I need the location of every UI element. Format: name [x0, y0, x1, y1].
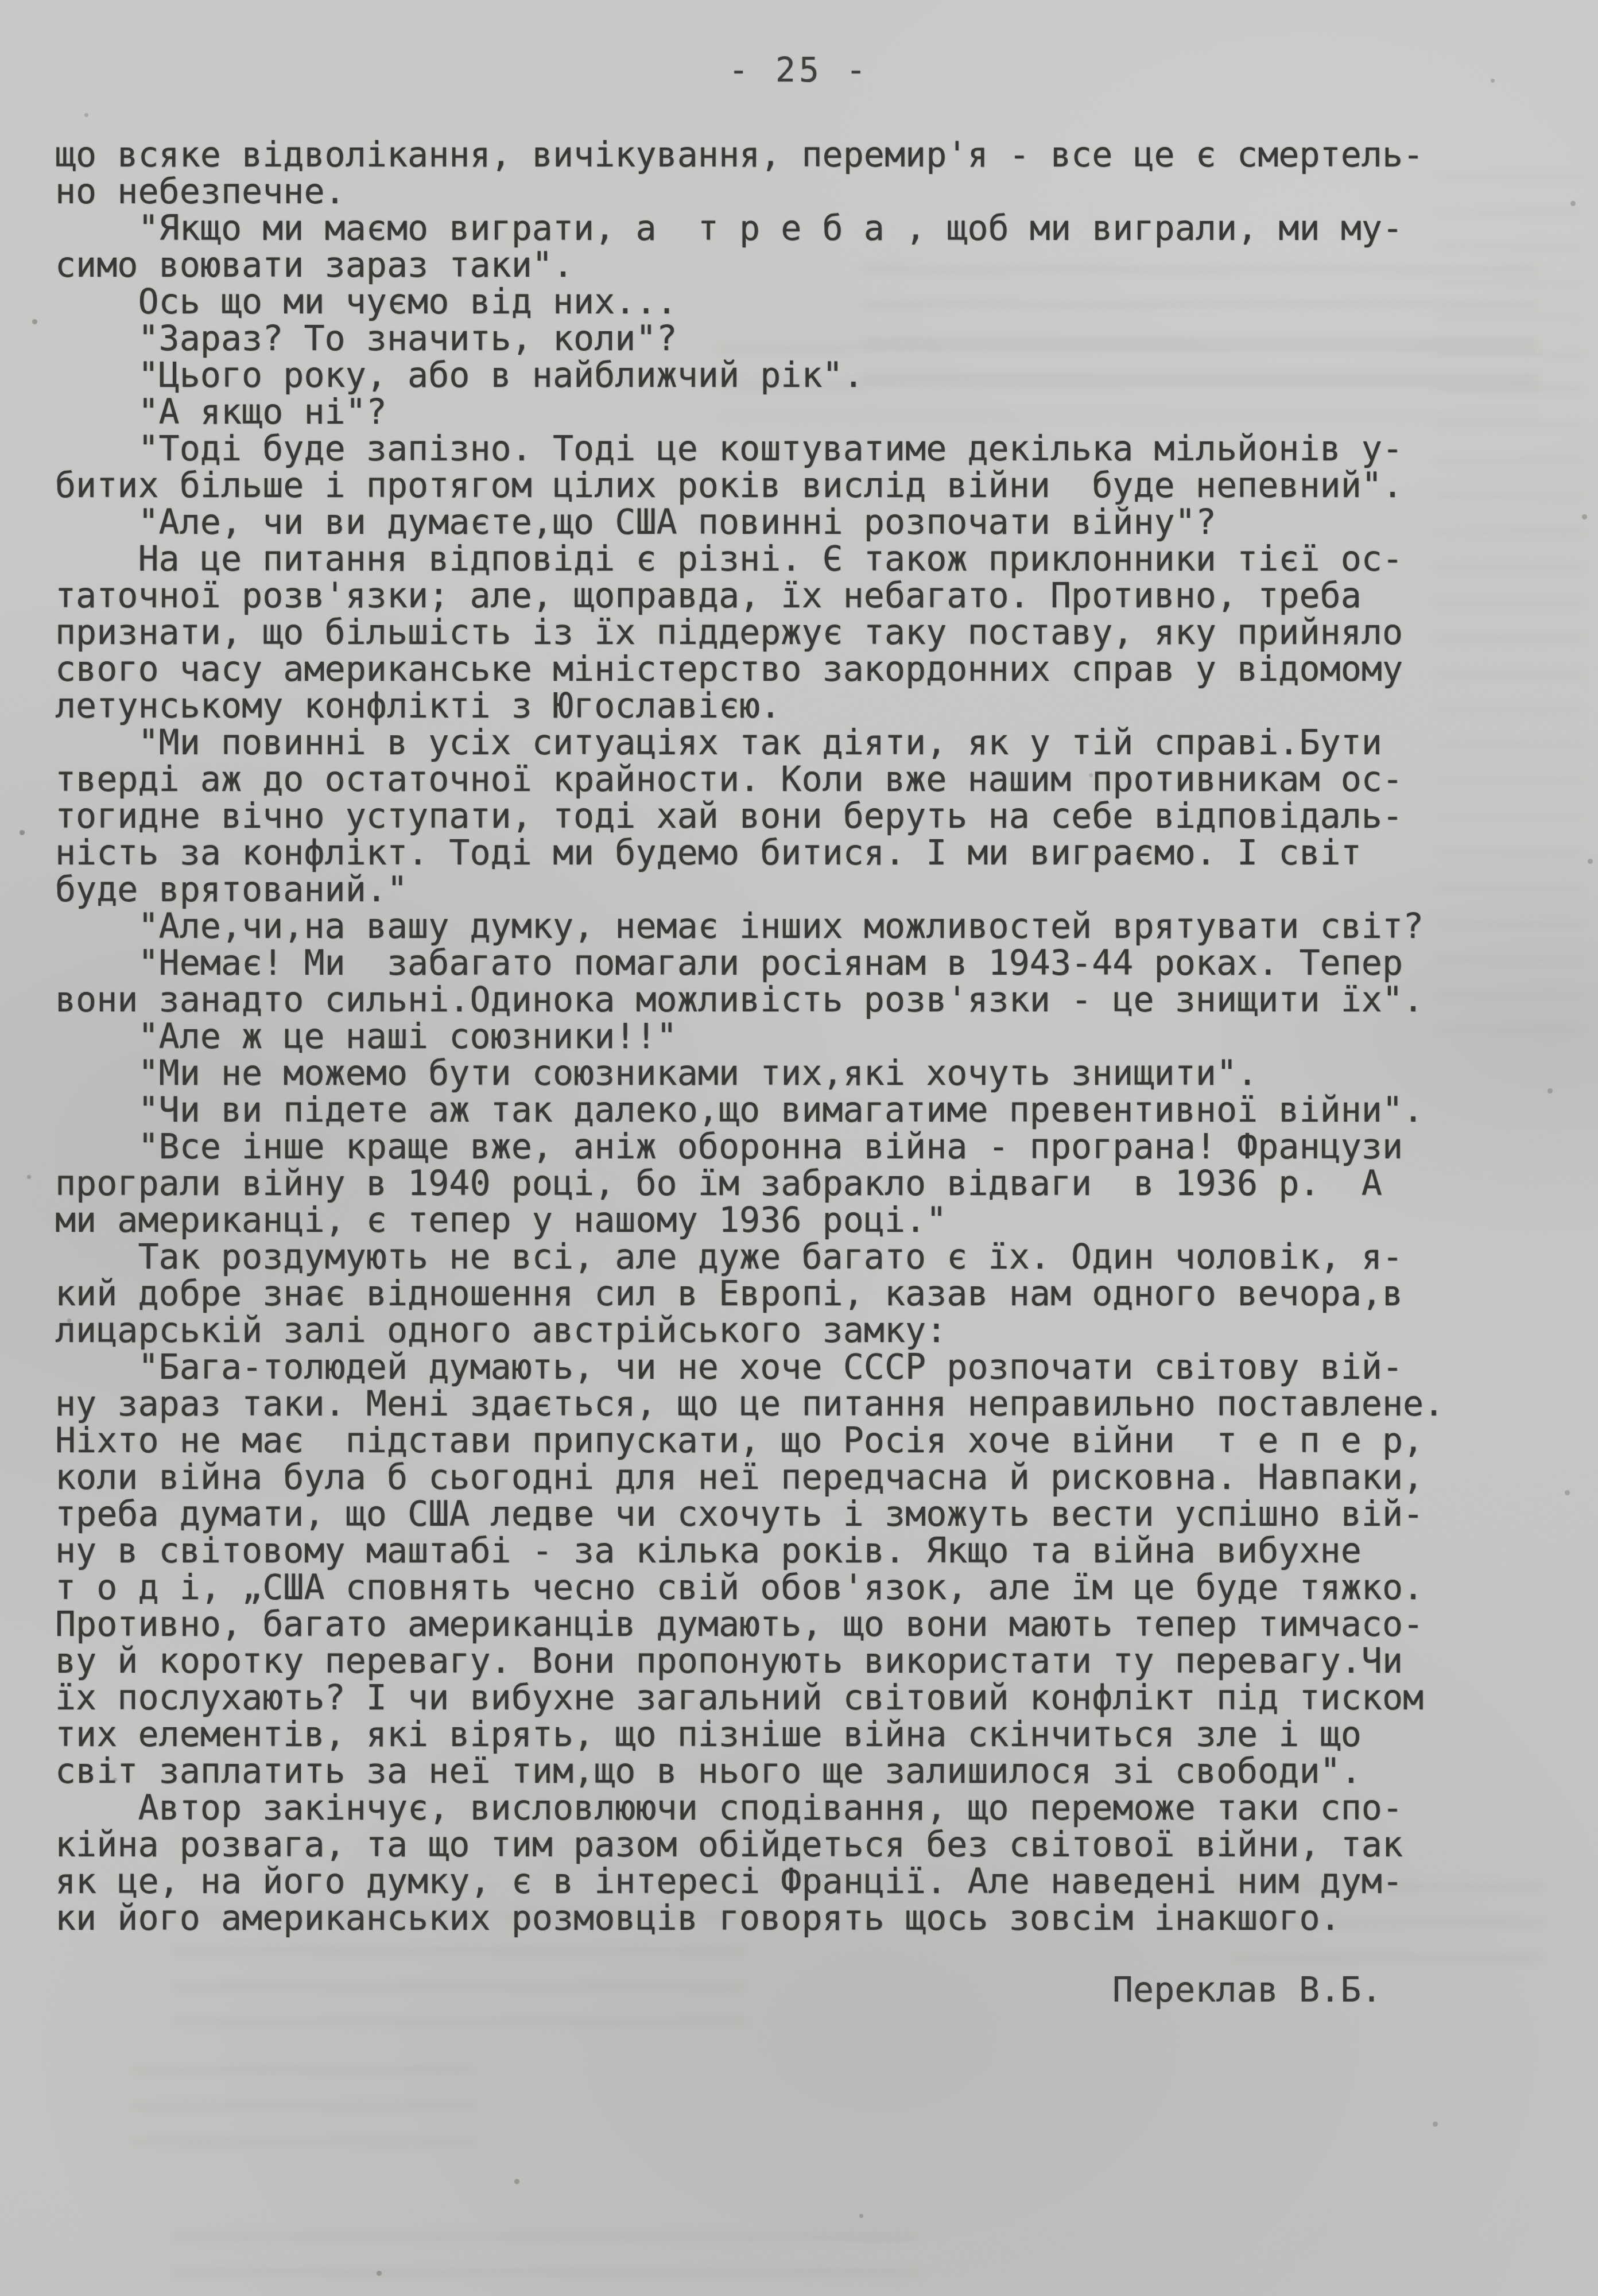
dust-specks [0, 0, 3, 3]
document-body-text: що всяке відволікання, вичікування, пере… [55, 137, 1502, 1937]
page-number: - 25 - [0, 51, 1598, 90]
scanned-document-page: - 25 - що всяке відволікання, вичікуванн… [0, 0, 1598, 2296]
bleedthrough-smudge [132, 2066, 476, 2147]
bleedthrough-smudge [172, 2233, 918, 2285]
translator-signature: Переклав В.Б. [1112, 1970, 1382, 2010]
